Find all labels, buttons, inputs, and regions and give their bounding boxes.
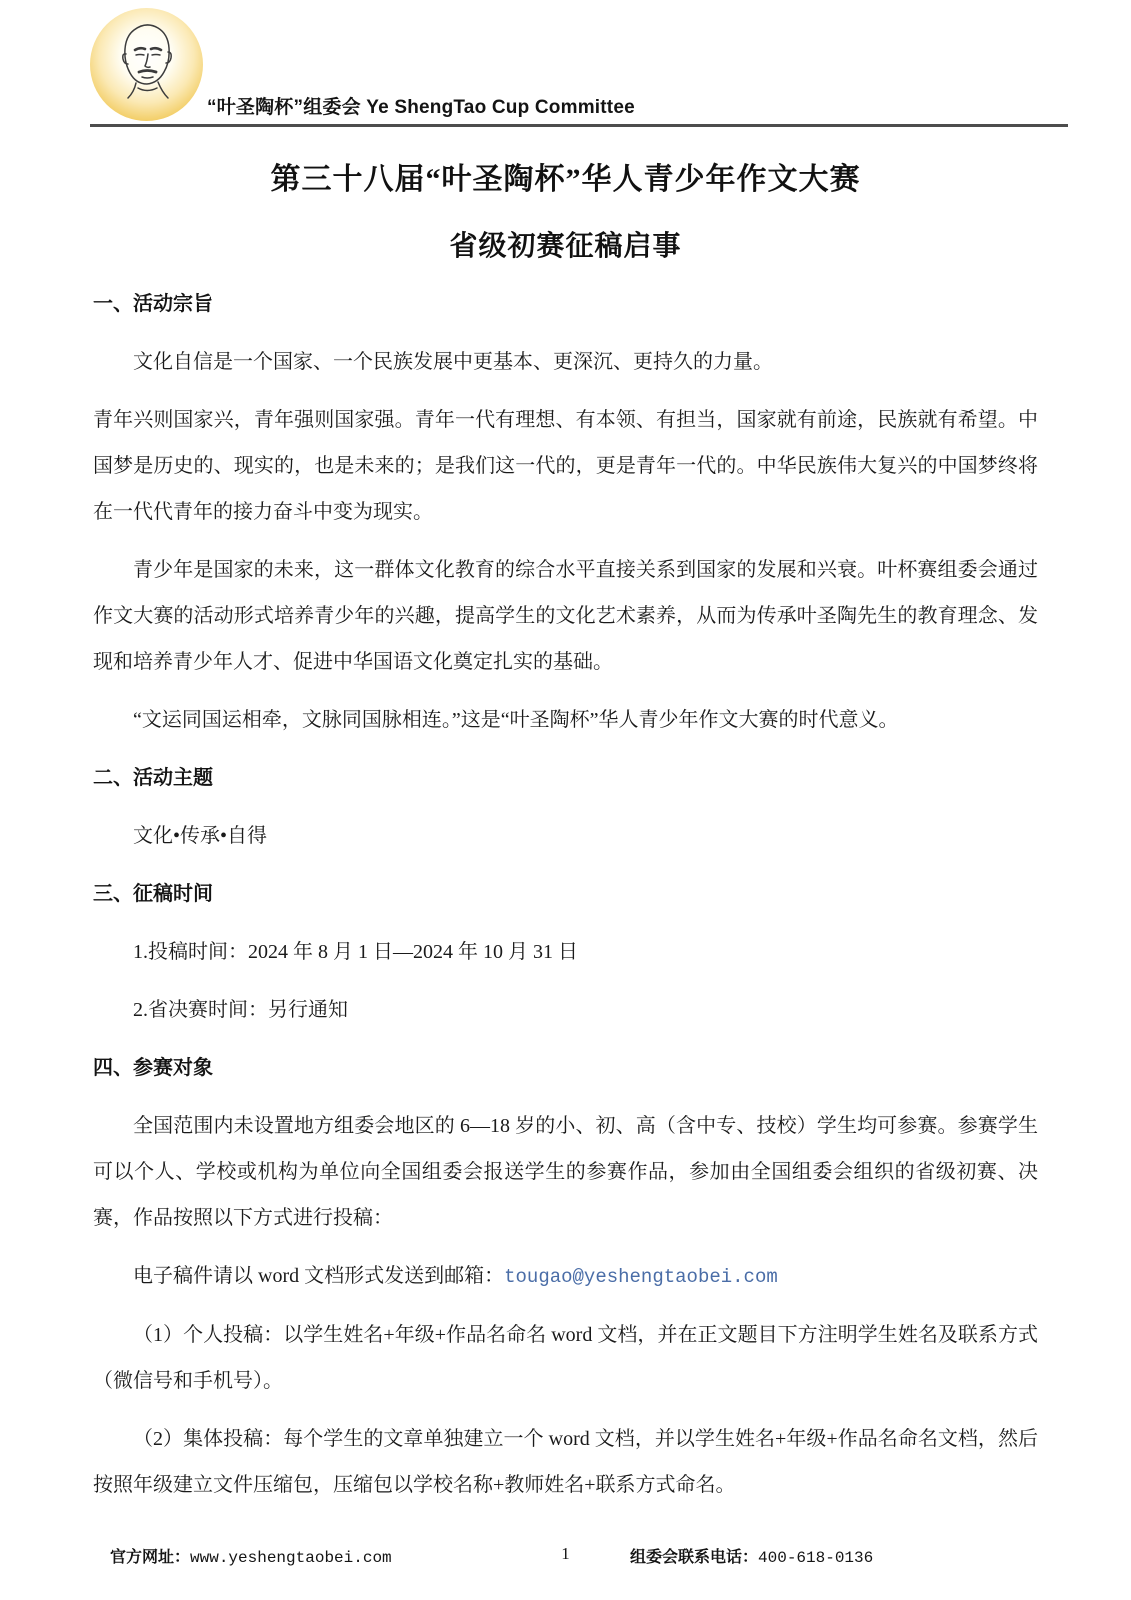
paragraph: 青少年是国家的未来，这一群体文化教育的综合水平直接关系到国家的发展和兴衰。叶杯赛… [93,547,1038,685]
website-label: 官方网址： [110,1549,190,1566]
document-subtitle: 省级初赛征稿启事 [0,224,1131,264]
section-heading-purpose: 一、活动宗旨 [93,281,1038,327]
section-heading-eligibility: 四、参赛对象 [93,1045,1038,1091]
section-heading-theme: 二、活动主题 [93,755,1038,801]
document-body: 一、活动宗旨 文化自信是一个国家、一个民族发展中更基本、更深沉、更持久的力量。 … [93,269,1038,1520]
paragraph-submission-period: 1.投稿时间：2024 年 8 月 1 日—2024 年 10 月 31 日 [93,929,1038,975]
submission-email-link[interactable]: tougao@yeshengtaobei.com [504,1266,778,1288]
ye-shengtao-portrait-logo-icon [90,8,203,121]
page-footer: 官方网址：www.yeshengtaobei.com 1 组委会联系电话：400… [0,1544,1131,1574]
paragraph-individual-submission: （1）个人投稿：以学生姓名+年级+作品名命名 word 文档，并在正文题目下方注… [93,1312,1038,1404]
paragraph: 文化自信是一个国家、一个民族发展中更基本、更深沉、更持久的力量。 [93,339,1038,385]
email-prefix-text: 电子稿件请以 word 文档形式发送到邮箱： [133,1265,504,1287]
page-number: 1 [561,1544,570,1564]
section-heading-schedule: 三、征稿时间 [93,871,1038,917]
header-divider [90,124,1068,127]
document-title: 第三十八届“叶圣陶杯”华人青少年作文大赛 [0,154,1131,198]
document-page: “叶圣陶杯”组委会 Ye ShengTao Cup Committee 第三十八… [0,0,1131,1600]
committee-phone: 组委会联系电话：400-618-0136 [630,1544,873,1567]
email-paragraph: 电子稿件请以 word 文档形式发送到邮箱：tougao@yeshengtaob… [93,1253,1038,1300]
committee-name: “叶圣陶杯”组委会 Ye ShengTao Cup Committee [207,92,635,119]
paragraph: 全国范围内未设置地方组委会地区的 6—18 岁的小、初、高（含中专、技校）学生均… [93,1103,1038,1241]
phone-label: 组委会联系电话： [630,1549,758,1566]
website-url: www.yeshengtaobei.com [190,1549,392,1567]
paragraph: “文运同国运相牵，文脉同国脉相连。”这是“叶圣陶杯”华人青少年作文大赛的时代意义… [93,697,1038,743]
paragraph-group-submission: （2）集体投稿：每个学生的文章单独建立一个 word 文档，并以学生姓名+年级+… [93,1416,1038,1508]
phone-number: 400-618-0136 [758,1549,873,1567]
official-website: 官方网址：www.yeshengtaobei.com [110,1544,392,1567]
paragraph: 青年兴则国家兴，青年强则国家强。青年一代有理想、有本领、有担当，国家就有前途，民… [93,397,1038,535]
paragraph-theme: 文化•传承•自得 [93,813,1038,859]
paragraph-final-time: 2.省决赛时间：另行通知 [93,987,1038,1033]
